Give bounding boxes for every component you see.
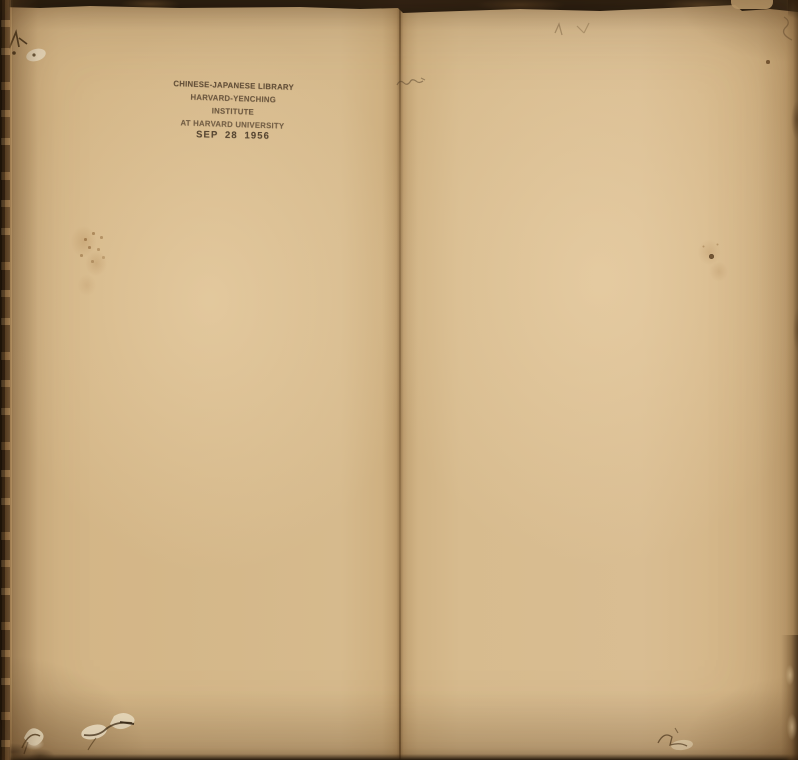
paper-chips-bottom-left-cluster — [76, 702, 148, 752]
pencil-notation-illegible — [392, 72, 432, 92]
library-stamp: CHINESE-JAPANESE LIBRARY HARVARD-YENCHIN… — [169, 77, 297, 133]
page-edge-damage-bottom-right — [781, 635, 798, 760]
stain-specks — [84, 238, 87, 241]
page-edge-chip-top-right — [788, 0, 798, 20]
pencil-mark-bottom-right — [650, 720, 708, 756]
spine-shadow — [12, 0, 38, 760]
scan-edge-top-notch — [731, 0, 773, 9]
scanned-book-spread: CHINESE-JAPANESE LIBRARY HARVARD-YENCHIN… — [0, 0, 798, 760]
foxing-stain-left-page — [66, 218, 118, 302]
date-stamp: SEP 28 1956 — [196, 129, 270, 142]
page-gutter-fold-line — [399, 0, 401, 760]
ink-speck — [766, 60, 770, 64]
scan-edge-bottom — [0, 754, 798, 760]
spine-binding-texture — [1, 0, 10, 760]
stain-dark-spot — [709, 254, 714, 259]
pencil-checkmarks — [548, 16, 598, 42]
stamp-line-2: HARVARD-YENCHING INSTITUTE — [170, 90, 297, 120]
foxing-stain-right-page — [690, 230, 738, 294]
